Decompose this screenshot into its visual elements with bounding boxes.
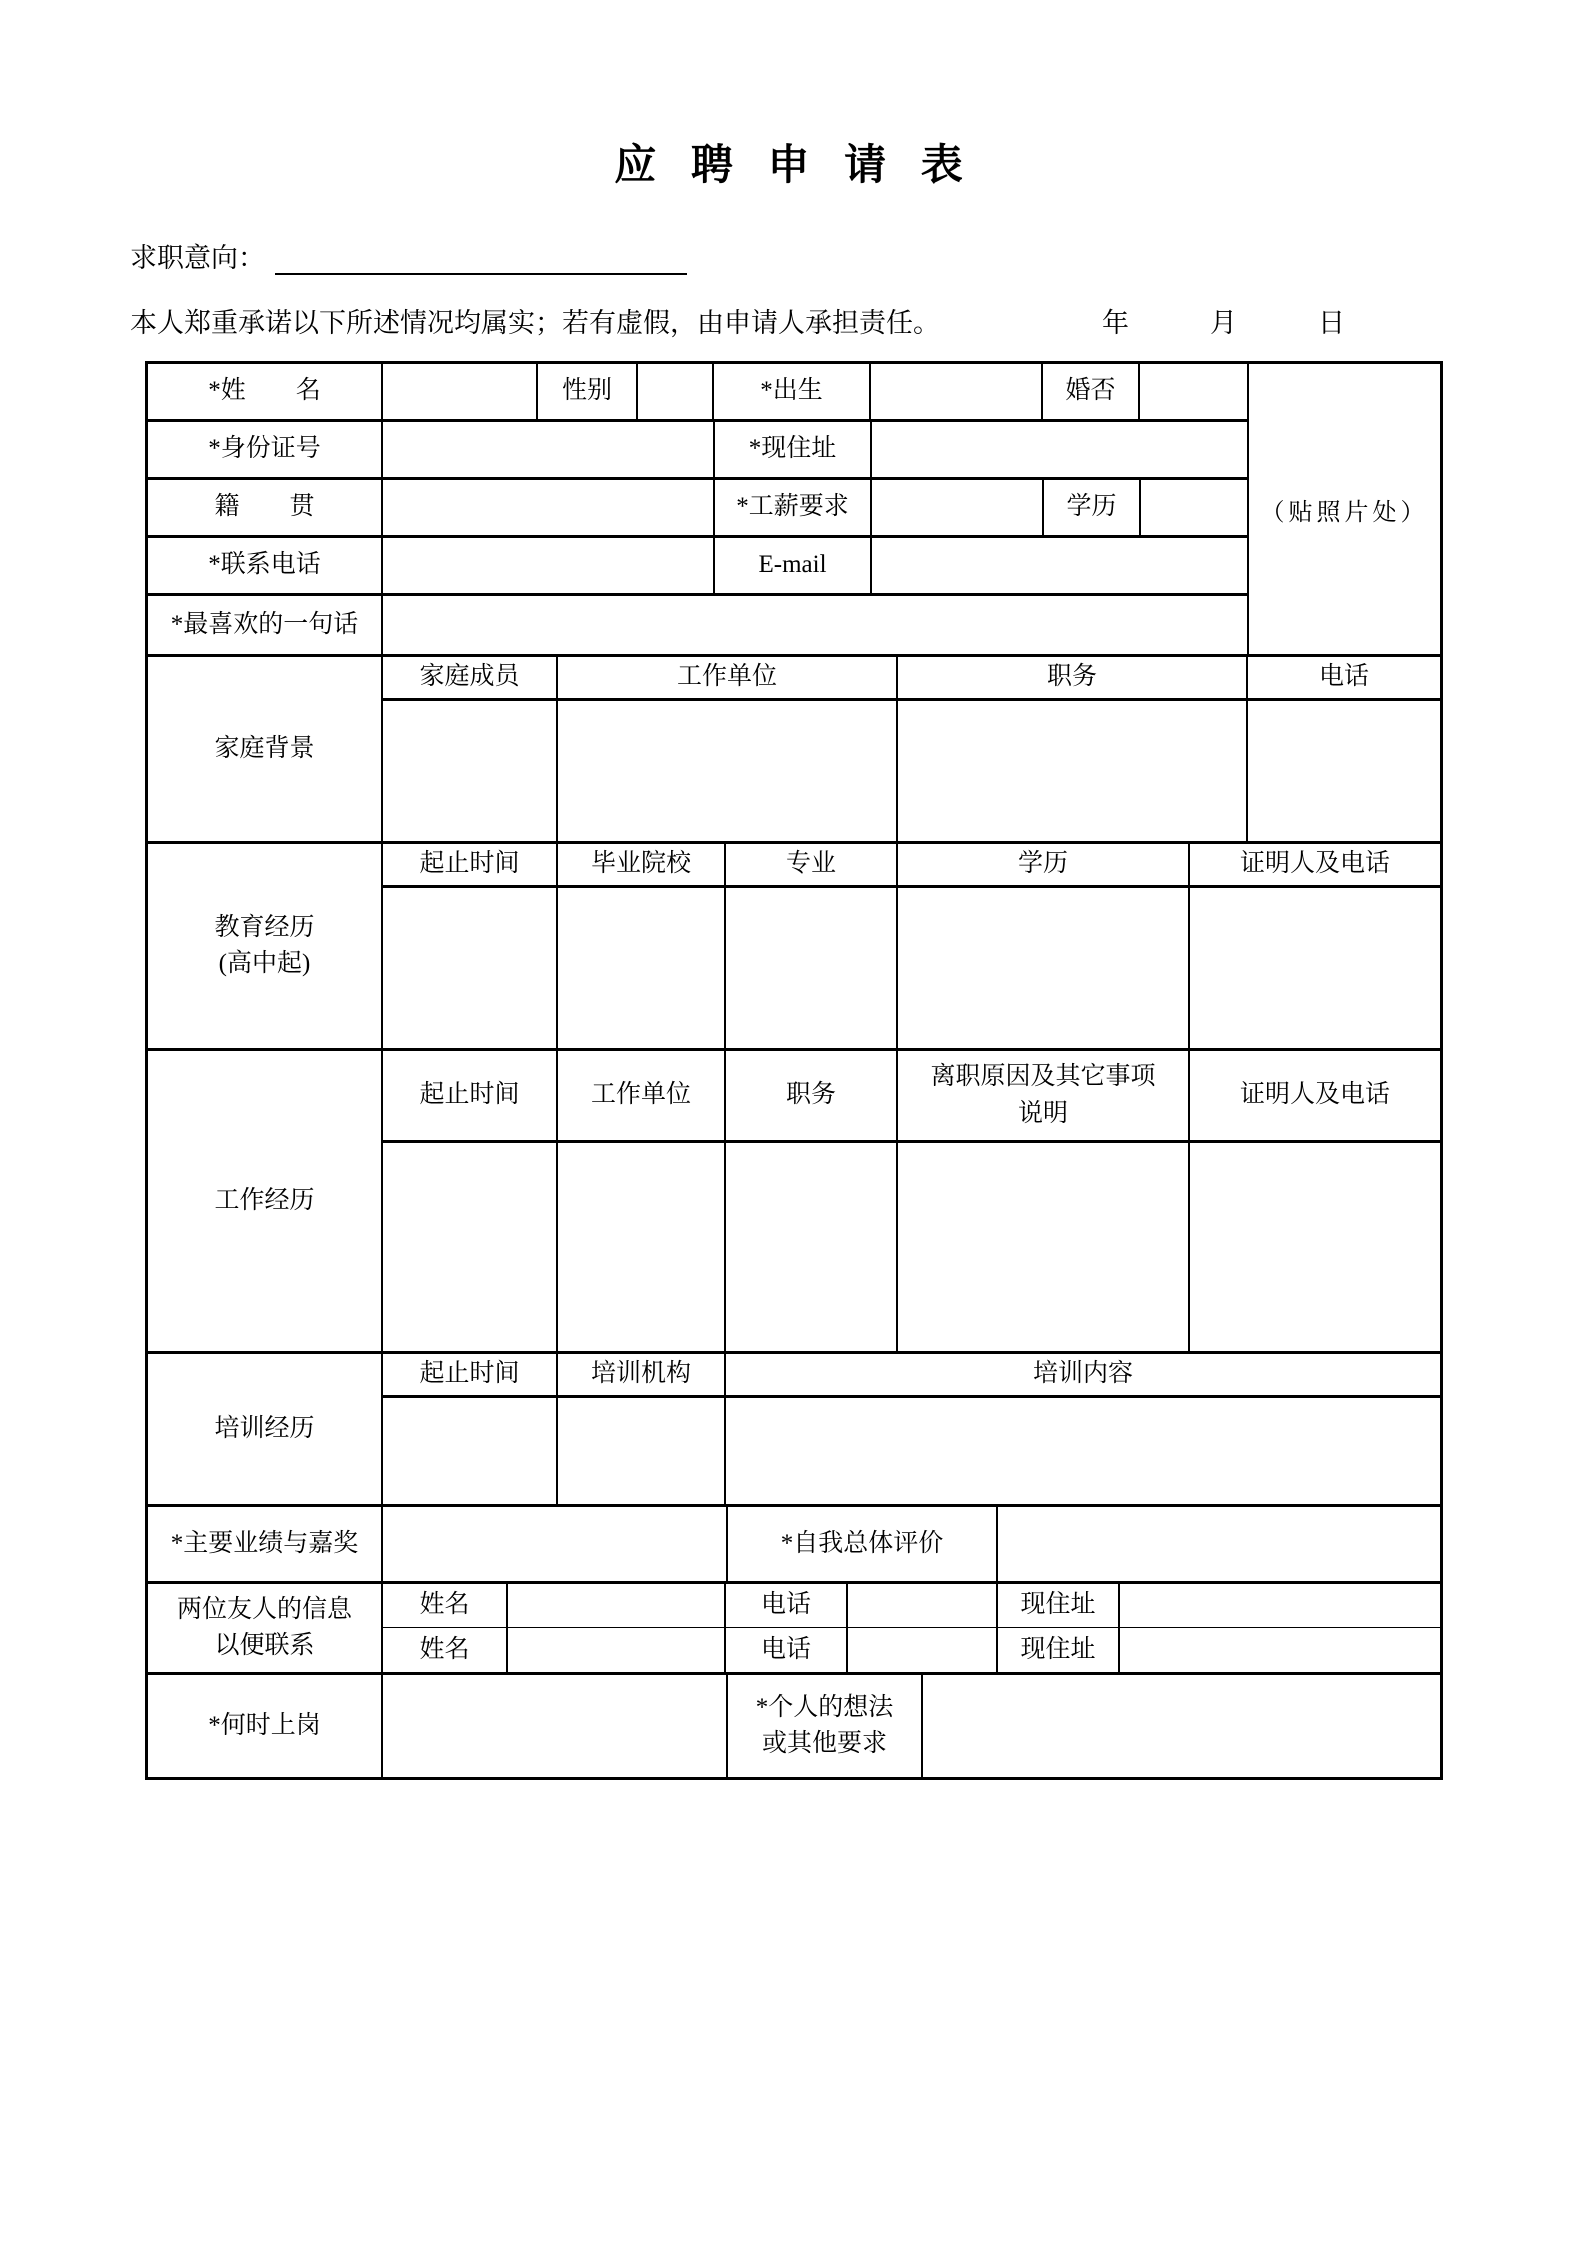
family-background-section: 家庭背景 家庭成员 工作单位 职务 电话	[148, 657, 1440, 844]
friend2-phone-input[interactable]	[848, 1628, 998, 1672]
native-place-label: 籍 贯	[148, 480, 383, 535]
family-member-header: 家庭成员	[383, 657, 558, 698]
education-degree-header: 学历	[898, 844, 1190, 885]
birth-input[interactable]	[871, 364, 1043, 419]
family-position-header: 职务	[898, 657, 1248, 698]
friends-section-label: 两位友人的信息 以便联系	[148, 1584, 383, 1672]
friend1-address-input[interactable]	[1120, 1584, 1440, 1627]
work-period-input[interactable]	[383, 1143, 558, 1351]
id-number-label: *身份证号	[148, 422, 383, 477]
current-address-input[interactable]	[872, 422, 1247, 477]
friend2-address-input[interactable]	[1120, 1628, 1440, 1672]
work-reference-input[interactable]	[1190, 1143, 1440, 1351]
contact-phone-label: *联系电话	[148, 538, 383, 593]
family-phone-input[interactable]	[1248, 701, 1440, 841]
friend1-name-input[interactable]	[508, 1584, 726, 1627]
family-section-label: 家庭背景	[148, 657, 383, 841]
current-address-label: *现住址	[715, 422, 872, 477]
education-major-header: 专业	[726, 844, 898, 885]
date-year-month-day: 年 月 日	[1102, 301, 1443, 340]
family-member-input[interactable]	[383, 701, 558, 841]
education-school-header: 毕业院校	[558, 844, 726, 885]
friend1-name-label: 姓名	[383, 1584, 508, 1627]
training-content-header: 培训内容	[726, 1354, 1440, 1395]
training-content-input[interactable]	[726, 1398, 1440, 1504]
work-leave-reason-input[interactable]	[898, 1143, 1190, 1351]
education-section-label: 教育经历 (高中起)	[148, 844, 383, 1048]
education-school-input[interactable]	[558, 888, 726, 1048]
work-reference-header: 证明人及电话	[1190, 1051, 1440, 1140]
education-section: 教育经历 (高中起) 起止时间 毕业院校 专业 学历 证明人及电话	[148, 844, 1440, 1051]
family-employer-header: 工作单位	[558, 657, 898, 698]
application-form-table: *姓 名 性别 *出生 婚否 *身份证号 *现住址 籍 贯 *工薪要求	[145, 361, 1443, 1780]
work-position-input[interactable]	[726, 1143, 898, 1351]
gender-label: 性别	[538, 364, 638, 419]
work-position-header: 职务	[726, 1051, 898, 1140]
training-period-input[interactable]	[383, 1398, 558, 1504]
friend2-name-label: 姓名	[383, 1628, 508, 1672]
gender-input[interactable]	[638, 364, 714, 419]
education-reference-header: 证明人及电话	[1190, 844, 1440, 885]
family-employer-input[interactable]	[558, 701, 898, 841]
friend1-address-label: 现住址	[998, 1584, 1120, 1627]
achievements-input[interactable]	[383, 1507, 728, 1581]
personal-thoughts-label: *个人的想法 或其他要求	[728, 1675, 923, 1777]
education-period-input[interactable]	[383, 888, 558, 1048]
contact-phone-input[interactable]	[383, 538, 715, 593]
start-date-label: *何时上岗	[148, 1675, 383, 1777]
degree-label: 学历	[1044, 480, 1141, 535]
training-section-label: 培训经历	[148, 1354, 383, 1504]
marital-label: 婚否	[1043, 364, 1140, 419]
favorite-quote-input[interactable]	[383, 596, 1247, 654]
name-input[interactable]	[383, 364, 538, 419]
id-number-input[interactable]	[383, 422, 715, 477]
friend2-address-label: 现住址	[998, 1628, 1120, 1672]
work-experience-section: 工作经历 起止时间 工作单位 职务 离职原因及其它事项 说明 证明人及电话	[148, 1051, 1440, 1354]
salary-requirement-label: *工薪要求	[715, 480, 872, 535]
education-period-header: 起止时间	[383, 844, 558, 885]
favorite-quote-label: *最喜欢的一句话	[148, 596, 383, 654]
friends-info-section: 两位友人的信息 以便联系 姓名 电话 现住址 姓名 电话 现住址	[148, 1584, 1440, 1675]
achievements-label: *主要业绩与嘉奖	[148, 1507, 383, 1581]
achievements-section: *主要业绩与嘉奖 *自我总体评价	[148, 1507, 1440, 1584]
friend1-phone-label: 电话	[726, 1584, 848, 1627]
self-evaluation-label: *自我总体评价	[728, 1507, 998, 1581]
friend2-name-input[interactable]	[508, 1628, 726, 1672]
degree-input[interactable]	[1141, 480, 1247, 535]
self-evaluation-input[interactable]	[998, 1507, 1440, 1581]
education-reference-input[interactable]	[1190, 888, 1440, 1048]
training-period-header: 起止时间	[383, 1354, 558, 1395]
family-phone-header: 电话	[1248, 657, 1440, 698]
declaration-line: 本人郑重承诺以下所述情况均属实；若有虚假，由申请人承担责任。 年 月 日	[130, 301, 1443, 340]
personal-thoughts-input[interactable]	[923, 1675, 1440, 1777]
email-label: E-mail	[715, 538, 872, 593]
work-employer-header: 工作单位	[558, 1051, 726, 1140]
job-intention-input[interactable]	[275, 245, 687, 275]
birth-label: *出生	[714, 364, 871, 419]
family-position-input[interactable]	[898, 701, 1248, 841]
salary-requirement-input[interactable]	[872, 480, 1044, 535]
friend2-phone-label: 电话	[726, 1628, 848, 1672]
email-input[interactable]	[872, 538, 1247, 593]
work-section-label: 工作经历	[148, 1051, 383, 1351]
personal-info-section: *姓 名 性别 *出生 婚否 *身份证号 *现住址 籍 贯 *工薪要求	[148, 364, 1440, 657]
training-org-input[interactable]	[558, 1398, 726, 1504]
work-period-header: 起止时间	[383, 1051, 558, 1140]
job-intention-label: 求职意向：	[130, 236, 265, 275]
education-degree-input[interactable]	[898, 888, 1190, 1048]
start-date-input[interactable]	[383, 1675, 728, 1777]
declaration-text: 本人郑重承诺以下所述情况均属实；若有虚假，由申请人承担责任。	[130, 301, 940, 340]
training-org-header: 培训机构	[558, 1354, 726, 1395]
native-place-input[interactable]	[383, 480, 715, 535]
page-title: 应 聘 申 请 表	[0, 132, 1587, 192]
marital-input[interactable]	[1140, 364, 1247, 419]
photo-placeholder-cell[interactable]: （贴照片处）	[1249, 364, 1440, 654]
work-employer-input[interactable]	[558, 1143, 726, 1351]
name-label: *姓 名	[148, 364, 383, 419]
availability-section: *何时上岗 *个人的想法 或其他要求	[148, 1675, 1440, 1777]
work-leave-reason-header: 离职原因及其它事项 说明	[898, 1051, 1190, 1140]
education-major-input[interactable]	[726, 888, 898, 1048]
job-intention-line: 求职意向：	[130, 236, 1587, 275]
friend1-phone-input[interactable]	[848, 1584, 998, 1627]
training-section: 培训经历 起止时间 培训机构 培训内容	[148, 1354, 1440, 1507]
